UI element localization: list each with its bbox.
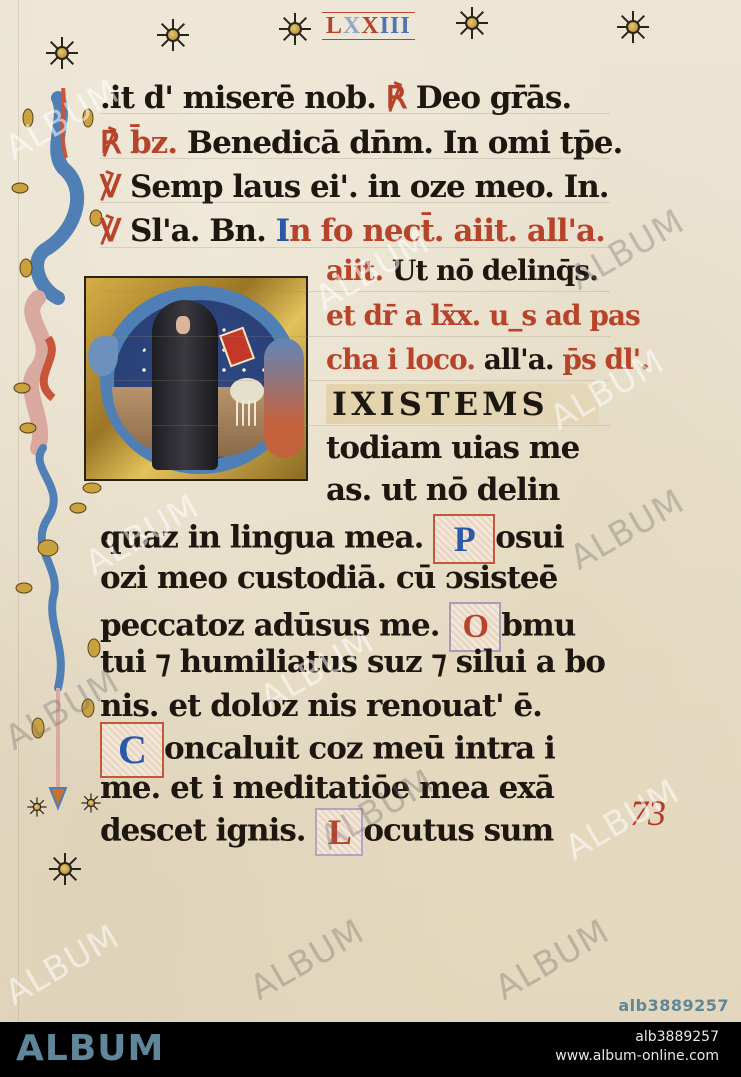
watermark: ALBUM [488,911,616,1008]
blue-initial: I [276,213,290,249]
text-line: ozi meo custodiā. cū ɔsisteē [100,558,557,598]
text-line: nis. et doloz nis renouat' ē. [100,686,542,726]
text-segment: Sl'a. Bn. [130,213,276,249]
decorated-initial-p: P [433,514,495,564]
footer-info: alb3889257 www.album-online.com [555,1028,719,1066]
album-logo[interactable]: ALBUM [16,1028,164,1069]
text-line: me. et i meditatiōe mea exā [100,768,554,808]
text-line: aiit. Ut nō delinq̄s. [326,251,598,291]
rubric-segment: p̄s dl'. [554,343,649,376]
text-segment: ocutus sum [363,813,553,849]
watermark: ALBUM [243,911,371,1008]
text-line: cha i loco. all'a. p̄s dl'. [326,340,649,380]
text-segment: osui [495,520,563,556]
text-line: .it d' miserē nob. ℟ Deo gr̄ās. [100,78,571,118]
footer-url[interactable]: www.album-online.com [555,1047,719,1066]
footer-id: alb3889257 [555,1028,719,1047]
manuscript-page: L X X II I [0,0,741,1022]
text-line: peccatoz adūsus me. Obmu [100,602,575,642]
text-segment: as. ut nō delin [326,472,559,508]
folio-letter: II [380,14,401,38]
text-segment: all'a. [484,343,554,376]
text-segment: Deo gr̄ās. [416,80,571,116]
rosette-icon [45,36,79,70]
rosette-icon [455,6,489,40]
dragon-body [264,338,304,458]
text-segment: Semp laus ei'. in oze meo. In. [130,169,609,205]
text-line: quaz in lingua mea. Posui [100,514,564,554]
rosette-icon [156,18,190,52]
rubric-segment: ℟ [376,80,416,116]
folio-letter: X [361,14,379,38]
monk-face [176,316,190,334]
text-segment: descet ignis. [100,813,315,849]
rubric-segment: aiit. [326,254,392,287]
text-line: ℟ b̄z. Benedicā dn̄m. In omi tp̄e. [100,123,622,163]
text-line: todiam uias me [326,428,579,468]
text-segment: bmu [501,608,575,644]
text-line: ℣ Semp laus ei'. in oze meo. In. [100,167,609,207]
rosette-icon [616,10,650,44]
text-line: tui ⁊ humiliatus suz ⁊ silui a bo [100,642,605,682]
text-segment: Benedicā dn̄m. In omi tp̄e. [187,125,622,161]
decorated-initial-l: L [315,808,363,856]
watermark: ALBUM [558,771,686,868]
rosette-icon [278,12,312,46]
text-line: Concaluit coz meū intra i [100,722,555,762]
text-line: as. ut nō delin [326,470,559,510]
watermark: ALBUM [563,481,691,578]
folio-letter: X [343,14,361,38]
footer-bar: ALBUM alb3889257 www.album-online.com [0,1022,741,1077]
text-segment: .it d' miserē nob. [100,80,376,116]
text-line: ℣ Sl'a. Bn. In fo nect̄. aiit. all'a. [100,211,605,251]
folio-letter: L [326,14,343,38]
rubric-segment: cha i loco. [326,343,484,376]
text-segment: ozi meo custodiā. cū ɔsisteē [100,560,557,596]
text-segment: nis. et doloz nis renouat' ē. [100,688,542,724]
text-segment: IXISTEMS [332,385,549,423]
text-line: descet ignis. Locutus sum [100,808,553,848]
folio-number: 73 [630,792,666,834]
rubric-segment: ℟ b̄z. [100,125,187,161]
text-segment: Ut nō delinq̄s. [392,254,598,287]
rubric-segment: n fo nect̄. aiit. all'a. [289,213,605,249]
text-segment: quaz in lingua mea. [100,520,433,556]
rubric-segment: ℣ [100,169,130,205]
text-segment: todiam uias me [326,430,579,466]
text-segment: peccatoz adūsus me. [100,608,449,644]
folio-header: L X X II I [322,12,415,40]
stock-id: alb3889257 [618,996,729,1015]
folio-letter: I [400,14,410,38]
display-capitals: IXISTEMS [326,384,598,424]
text-line: et dr̄ a lx̄x. u_s ad pas [326,296,640,336]
text-segment: me. et i meditatiōe mea exā [100,770,554,806]
text-segment: oncaluit coz meū intra i [164,731,555,767]
rubric-segment: et dr̄ a lx̄x. u_s ad pas [326,299,640,332]
dragon-head [88,336,118,376]
rubric-segment: ℣ [100,213,130,249]
rosette-icon [48,852,82,886]
historiated-initial-d [84,276,308,481]
text-segment: tui ⁊ humiliatus suz ⁊ silui a bo [100,644,605,680]
tree-trunks [236,400,258,426]
